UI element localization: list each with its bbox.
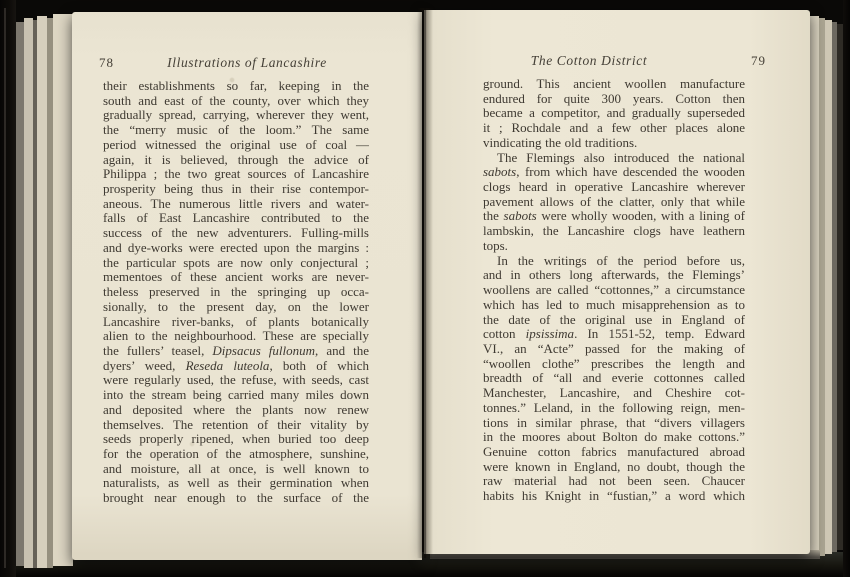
text-segment: lambskin, the Lancashire clogs have leat… <box>483 224 745 238</box>
text-segment: vindicating the old traditions. <box>483 136 637 150</box>
text-segment: seeds properly ripened, when buried too … <box>103 432 369 446</box>
text-line: habits his Knight in “fustian,” a word w… <box>483 489 745 504</box>
text-line: VI., an “Acte” passed for the making of <box>483 342 745 357</box>
text-line: the sabots were wholly wooden, with a li… <box>483 209 745 224</box>
book-photo: 78 Illustrations of Lancashire their est… <box>0 0 850 577</box>
page-edge-strip <box>37 16 47 568</box>
text-segment: In the writings of the period before us, <box>497 254 745 268</box>
book-cover-edge-highlight <box>4 8 6 568</box>
left-page-header: 78 Illustrations of Lancashire <box>72 55 422 73</box>
text-segment: habits his Knight in “fustian,” a word w… <box>483 489 745 503</box>
page-edge-strip <box>16 22 24 566</box>
text-segment: into the stream being carried many miles… <box>103 388 369 402</box>
text-line: “woollen clothe” prescribes the length a… <box>483 357 745 372</box>
page-edge-strip <box>825 20 832 554</box>
page-edge-strip <box>53 14 73 566</box>
text-segment: alien to the neighbourhood. These are sp… <box>103 329 369 343</box>
text-line: breadth of “all and everie cottonnes cal… <box>483 371 745 386</box>
text-line: mementoes of these ancient works are nev… <box>103 270 369 285</box>
text-segment: it ; Rochdale and a few other places alo… <box>483 121 745 135</box>
left-page-text: their establishments so far, keeping in … <box>103 79 369 506</box>
text-segment: the “merry music of the loom.” The same <box>103 123 369 137</box>
text-segment: Philippa ; the two great sources of Lanc… <box>103 167 369 181</box>
italic-text: sabots <box>504 209 537 223</box>
text-line: Philippa ; the two great sources of Lanc… <box>103 167 369 182</box>
text-line: brought near enough to the surface of th… <box>103 491 369 506</box>
text-line: Manchester, Lancashire, and Cheshire cot… <box>483 386 745 401</box>
text-line: naturalists, as well as their germinatio… <box>103 476 369 491</box>
text-segment: and dye-works were erected upon the marg… <box>103 241 369 255</box>
text-segment: , both of which <box>269 359 369 373</box>
right-page: The Cotton District 79 ground. This anci… <box>424 10 810 554</box>
text-segment: in the moores about Bolton do make cotto… <box>483 430 745 444</box>
right-page-header: The Cotton District 79 <box>424 53 810 71</box>
text-line: and dye-works were erected upon the marg… <box>103 241 369 256</box>
text-segment: aneous. The numerous little rivers and w… <box>103 197 369 211</box>
text-segment: were regularly used, the refuse, with se… <box>103 373 369 387</box>
text-segment: again, it is believed, through the advic… <box>103 153 369 167</box>
italic-text: sabots <box>483 165 516 179</box>
text-segment: woollens are called “cottonnes,” a circu… <box>483 283 745 297</box>
text-line: prosperity being thus in their rise cont… <box>103 182 369 197</box>
text-segment: endured for quite 300 years. Cotton then <box>483 92 745 106</box>
text-segment: , and the <box>315 344 369 358</box>
text-line: dyers’ weed, Reseda luteola, both of whi… <box>103 359 369 374</box>
text-line: ground. This ancient woollen manufacture <box>483 77 745 92</box>
text-segment: naturalists, as well as their germinatio… <box>103 476 369 490</box>
text-line: became a competitor, and gradually super… <box>483 106 745 121</box>
text-line: theless preserved in the springing up oc… <box>103 285 369 300</box>
text-segment: dyers’ weed, <box>103 359 186 373</box>
text-line: their establishments so far, keeping in … <box>103 79 369 94</box>
text-line: were regularly used, the refuse, with se… <box>103 373 369 388</box>
text-segment: the <box>483 209 504 223</box>
text-line: endured for quite 300 years. Cotton then <box>483 92 745 107</box>
text-line: tops. <box>483 239 745 254</box>
text-line: tonnes.” Leland, in the following reign,… <box>483 401 745 416</box>
text-line: which has led to much misapprehension as… <box>483 298 745 313</box>
text-segment: gradually spread, carrying, wherever the… <box>103 108 369 122</box>
book-cover-right <box>843 0 850 577</box>
left-page: 78 Illustrations of Lancashire their est… <box>72 12 422 560</box>
text-line: In the writings of the period before us, <box>483 254 745 269</box>
text-segment: were known in England, no doubt, though … <box>483 460 745 474</box>
text-line: seeds properly ripened, when buried too … <box>103 432 369 447</box>
text-line: cotton ipsissima. In 1551-52, temp. Edwa… <box>483 327 745 342</box>
text-segment: the particular spots are now only conjec… <box>103 256 369 270</box>
text-line: and moisture, all at once, is well known… <box>103 462 369 477</box>
text-line: for the operation of the atmosphere, sun… <box>103 447 369 462</box>
text-line: and in others long afterwards, the Flemi… <box>483 268 745 283</box>
text-line: clogs heard in operative Lancashire wher… <box>483 180 745 195</box>
text-segment: their establishments so far, keeping in … <box>103 79 369 93</box>
text-segment: brought near enough to the surface of th… <box>103 491 369 505</box>
text-segment: The Flemings also introduced the nationa… <box>497 151 745 165</box>
text-line: south and east of the county, over which… <box>103 94 369 109</box>
text-segment: tions in similar phrase, that “divers vi… <box>483 416 745 430</box>
text-line: the fullers’ teasel, Dipsacus fullonum, … <box>103 344 369 359</box>
text-line: tions in similar phrase, that “divers vi… <box>483 416 745 431</box>
page-number: 79 <box>751 53 766 69</box>
text-segment: and moisture, all at once, is well known… <box>103 462 369 476</box>
text-segment: falls of East Lancashire contributed to … <box>103 211 369 225</box>
text-line: were known in England, no doubt, though … <box>483 460 745 475</box>
book-cover-left <box>0 0 16 577</box>
text-segment: raw material had not been seen. Chaucer <box>483 474 745 488</box>
text-line: gradually spread, carrying, wherever the… <box>103 108 369 123</box>
running-head: The Cotton District <box>458 53 720 69</box>
text-line: and deposited where the plants now renew <box>103 403 369 418</box>
text-line: the particular spots are now only conjec… <box>103 256 369 271</box>
text-line: woollens are called “cottonnes,” a circu… <box>483 283 745 298</box>
text-segment: period witnessed the original use of coa… <box>103 138 369 152</box>
text-segment: prosperity being thus in their rise cont… <box>103 182 369 196</box>
text-line: Lancashire river-banks, of plants botani… <box>103 315 369 330</box>
right-page-text: ground. This ancient woollen manufacture… <box>483 77 745 504</box>
text-line: again, it is believed, through the advic… <box>103 153 369 168</box>
page-edge-strip <box>837 24 843 550</box>
text-segment: success of the new adventurers. Fulling-… <box>103 226 369 240</box>
text-line: raw material had not been seen. Chaucer <box>483 474 745 489</box>
text-segment: “woollen clothe” prescribes the length a… <box>483 357 745 371</box>
text-segment: theless preserved in the springing up oc… <box>103 285 369 299</box>
text-segment: VI., an “Acte” passed for the making of <box>483 342 745 356</box>
text-segment: clogs heard in operative Lancashire wher… <box>483 180 745 194</box>
text-line: sabots, from which have descended the wo… <box>483 165 745 180</box>
text-segment: Genuine cotton fabrics manufactured abro… <box>483 445 745 459</box>
text-segment: the fullers’ teasel, <box>103 344 212 358</box>
text-segment: which has led to much misapprehension as… <box>483 298 745 312</box>
text-segment: the date of the original use in England … <box>483 313 745 327</box>
text-segment: Lancashire river-banks, of plants botani… <box>103 315 369 329</box>
text-line: it ; Rochdale and a few other places alo… <box>483 121 745 136</box>
running-head: Illustrations of Lancashire <box>114 55 380 71</box>
text-line: falls of East Lancashire contributed to … <box>103 211 369 226</box>
text-line: the “merry music of the loom.” The same <box>103 123 369 138</box>
text-segment: were wholly wooden, with a lining of <box>537 209 745 223</box>
text-segment: sionally, to the present day, on the low… <box>103 300 369 314</box>
text-segment: became a competitor, and gradually super… <box>483 106 745 120</box>
text-line: vindicating the old traditions. <box>483 136 745 151</box>
text-segment: mementoes of these ancient works are nev… <box>103 270 369 284</box>
text-line: Genuine cotton fabrics manufactured abro… <box>483 445 745 460</box>
text-segment: , from which have descended the wooden <box>516 165 745 179</box>
text-line: the date of the original use in England … <box>483 313 745 328</box>
italic-text: Reseda luteola <box>186 359 270 373</box>
text-segment: and in others long afterwards, the Flemi… <box>483 268 745 282</box>
text-segment: ground. This ancient woollen manufacture <box>483 77 745 91</box>
text-line: aneous. The numerous little rivers and w… <box>103 197 369 212</box>
text-segment: south and east of the county, over which… <box>103 94 369 108</box>
text-line: into the stream being carried many miles… <box>103 388 369 403</box>
text-line: in the moores about Bolton do make cotto… <box>483 430 745 445</box>
text-line: period witnessed the original use of coa… <box>103 138 369 153</box>
text-segment: for the operation of the atmosphere, sun… <box>103 447 369 461</box>
text-line: lambskin, the Lancashire clogs have leat… <box>483 224 745 239</box>
text-segment: pavement allows of the clatter, only tha… <box>483 195 745 209</box>
text-segment: breadth of “all and everie cottonnes cal… <box>483 371 745 385</box>
text-segment: Manchester, Lancashire, and Cheshire cot… <box>483 386 745 400</box>
italic-text: ipsissima <box>526 327 574 341</box>
text-segment: themselves. The retention of their vital… <box>103 418 369 432</box>
italic-text: Dipsacus fullonum <box>212 344 315 358</box>
text-line: The Flemings also introduced the nationa… <box>483 151 745 166</box>
text-segment: . In 1551-52, temp. Edward <box>574 327 745 341</box>
text-line: success of the new adventurers. Fulling-… <box>103 226 369 241</box>
page-number: 78 <box>99 55 114 71</box>
text-segment: tops. <box>483 239 508 253</box>
text-segment: and deposited where the plants now renew <box>103 403 369 417</box>
text-line: sionally, to the present day, on the low… <box>103 300 369 315</box>
text-segment: tonnes.” Leland, in the following reign,… <box>483 401 745 415</box>
text-line: themselves. The retention of their vital… <box>103 418 369 433</box>
text-line: alien to the neighbourhood. These are sp… <box>103 329 369 344</box>
text-line: pavement allows of the clatter, only tha… <box>483 195 745 210</box>
page-edge-strip <box>24 18 33 568</box>
text-segment: cotton <box>483 327 526 341</box>
